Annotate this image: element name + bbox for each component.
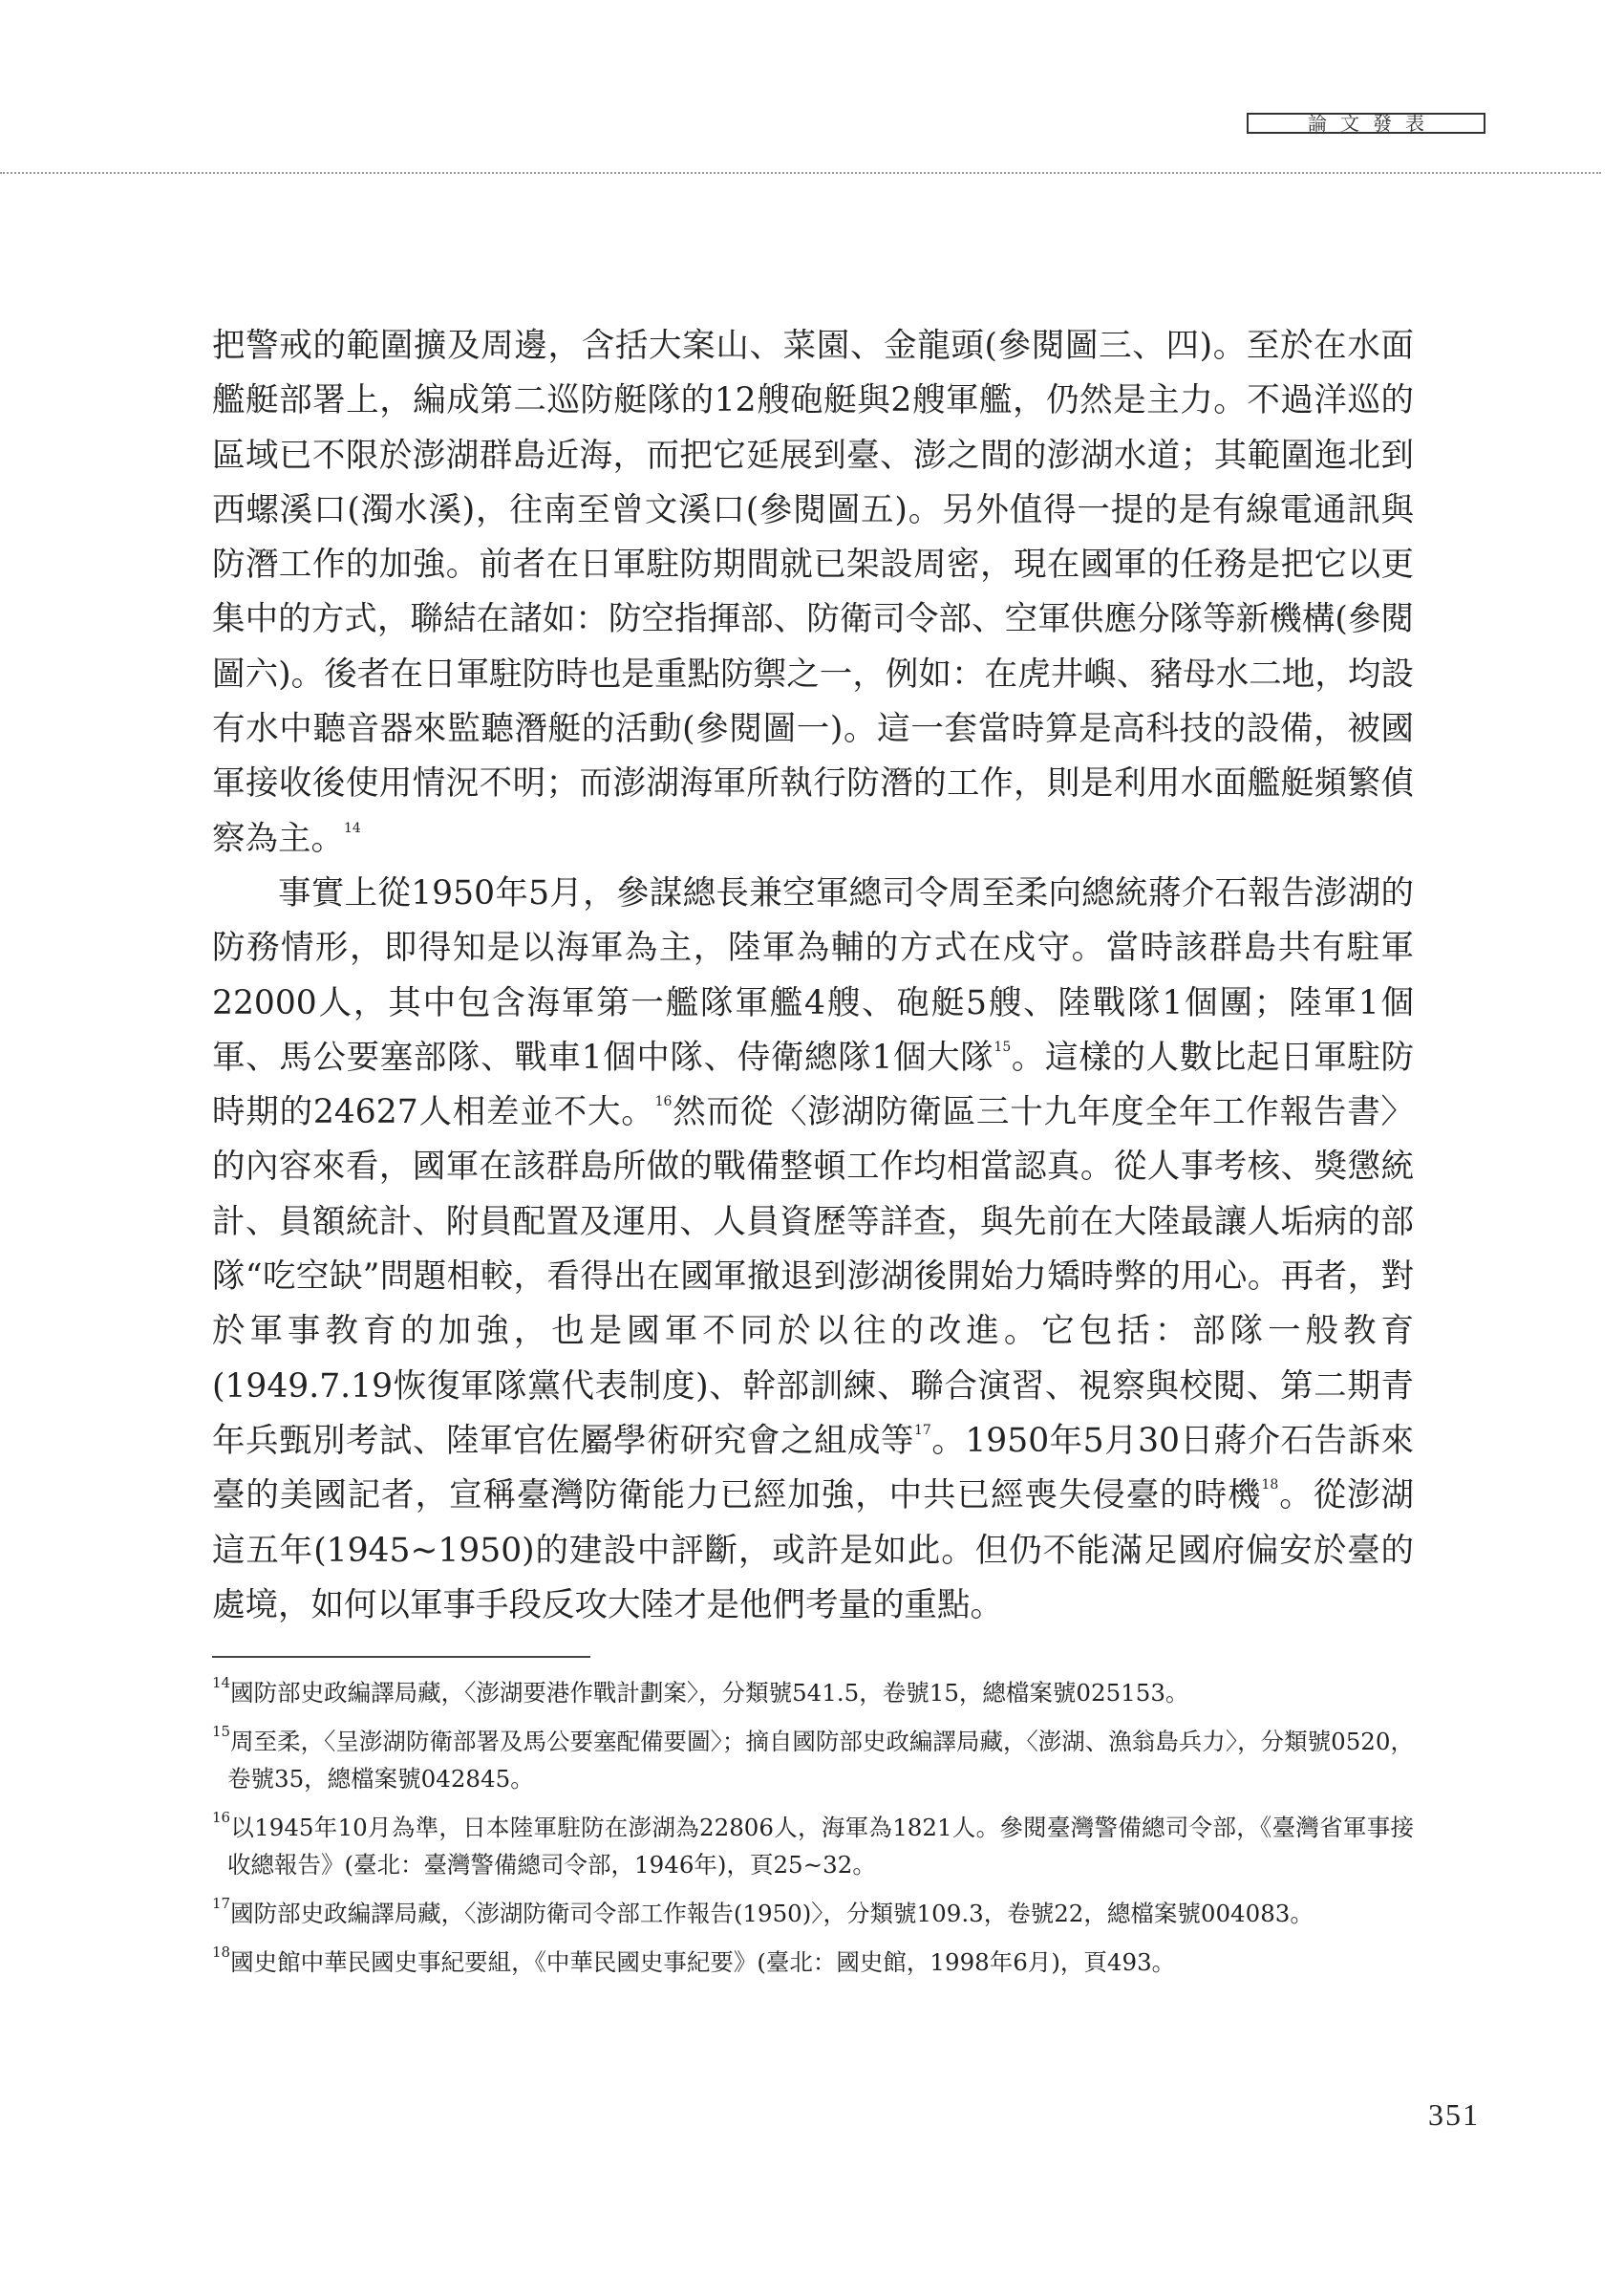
footnote-ref-14[interactable]: 14	[344, 821, 361, 836]
paragraph-1: 把警戒的範圍擴及周邊，含括大案山、菜園、金龍頭(參閱圖三、四)。至於在水面艦艇部…	[212, 319, 1414, 867]
section-label-box: 論文發表	[1247, 113, 1485, 134]
footnote-ref-15[interactable]: 15	[994, 1040, 1011, 1055]
footnote-ref-17[interactable]: 17	[914, 1423, 931, 1438]
footnote-14: 14國防部史政編譯局藏，〈澎湖要港作戰計劃案〉，分類號541.5，卷號15，總檔…	[212, 1674, 1414, 1711]
footnote-17: 17國防部史政編譯局藏，〈澎湖防衛司令部工作報告(1950)〉，分類號109.3…	[212, 1895, 1414, 1932]
footnote-15: 15周至柔，〈呈澎湖防衛部署及馬公要塞配備要圖〉；摘自國防部史政編譯局藏，〈澎湖…	[212, 1723, 1414, 1797]
section-label: 論文發表	[1308, 112, 1438, 135]
footnote-number: 15	[212, 1723, 230, 1740]
footnote-text: 國防部史政編譯局藏，〈澎湖防衛司令部工作報告(1950)〉，分類號109.3，卷…	[230, 1900, 1314, 1927]
header-dotted-divider	[0, 172, 1601, 174]
footnote-ref-16[interactable]: 16	[655, 1094, 673, 1109]
page-number: 351	[1428, 2097, 1480, 2133]
paragraph-1-text: 把警戒的範圍擴及周邊，含括大案山、菜園、金龍頭(參閱圖三、四)。至於在水面艦艇部…	[212, 327, 1414, 858]
footnote-number: 17	[212, 1895, 230, 1912]
body-text: 把警戒的範圍擴及周邊，含括大案山、菜園、金龍頭(參閱圖三、四)。至於在水面艦艇部…	[212, 319, 1414, 1633]
footnote-18: 18國史館中華民國史事紀要組，《中華民國史事紀要》(臺北：國史館，1998年6月…	[212, 1944, 1414, 1981]
footnote-16: 16以1945年10月為準，日本陸軍駐防在澎湖為22806人，海軍為1821人。…	[212, 1809, 1414, 1883]
footnote-text: 國防部史政編譯局藏，〈澎湖要港作戰計劃案〉，分類號541.5，卷號15，總檔案號…	[230, 1679, 1188, 1707]
footnote-number: 18	[212, 1944, 230, 1961]
footnote-number: 14	[212, 1674, 230, 1691]
footnote-text: 周至柔，〈呈澎湖防衛部署及馬公要塞配備要圖〉；摘自國防部史政編譯局藏，〈澎湖、漁…	[227, 1728, 1414, 1793]
footnote-number: 16	[212, 1809, 230, 1826]
paragraph-2-text-c: 然而從〈澎湖防衛區三十九年度全年工作報告書〉的內容來看，國軍在該群島所做的戰備整…	[212, 1093, 1414, 1460]
footnote-ref-18[interactable]: 18	[1261, 1477, 1278, 1493]
footnote-text: 以1945年10月為準，日本陸軍駐防在澎湖為22806人，海軍為1821人。參閱…	[227, 1814, 1414, 1879]
footnotes: 14國防部史政編譯局藏，〈澎湖要港作戰計劃案〉，分類號541.5，卷號15，總檔…	[212, 1674, 1414, 1992]
footnote-text: 國史館中華民國史事紀要組，《中華民國史事紀要》(臺北：國史館，1998年6月)，…	[230, 1948, 1175, 1976]
paragraph-2: 事實上從1950年5月，參謀總長兼空軍總司令周至柔向總統蔣介石報告澎湖的防務情形…	[212, 867, 1414, 1633]
footnote-divider	[212, 1656, 590, 1658]
